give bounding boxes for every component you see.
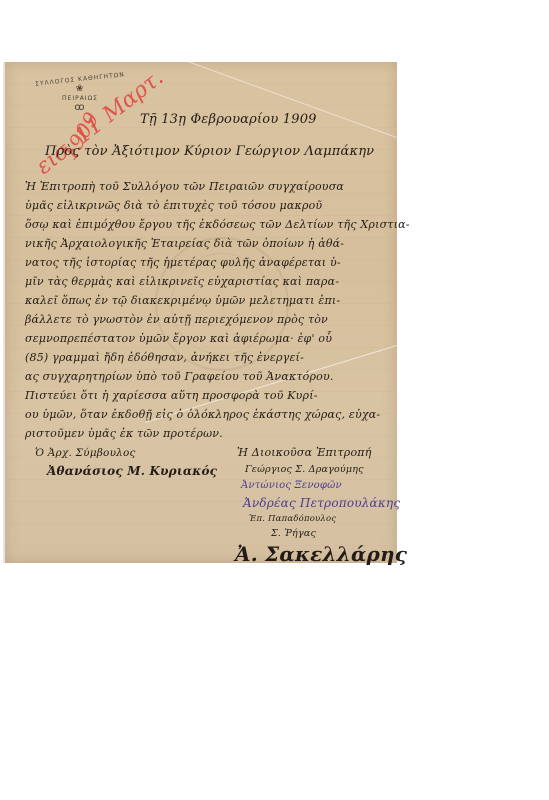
body-line: ὑμᾶς εἰλικρινῶς διὰ τὸ ἐπιτυχὲς τοῦ τόσο…	[25, 199, 322, 212]
body-line: ὅσῳ καὶ ἐπιμόχθου ἔργου τῆς ἐκδόσεως τῶν…	[25, 218, 410, 231]
body-line: μῖν τὰς θερμὰς καὶ εἰλικρινεῖς εὐχαριστί…	[25, 275, 339, 288]
committee-signature: Ἀντώνιος Ξενοφῶν	[241, 480, 342, 491]
body-line: καλεῖ ὅπως ἐν τῷ διακεκριμένῳ ὑμῶν μελετ…	[25, 294, 340, 307]
committee-signature: Ἐπ. Παπαδόπουλος	[249, 514, 336, 524]
left-signature: Ἀθανάσιος Μ. Κυριακός	[47, 464, 217, 478]
body-line: ου ὑμῶν, ὅταν ἐκδοθῇ εἰς ὁ ὁλόκληρος ἑκά…	[25, 408, 380, 421]
committee-signature: Σ. Ῥήγας	[271, 528, 316, 539]
body-line: Ἡ Ἐπιτροπὴ τοῦ Συλλόγου τῶν Πειραιῶν συγ…	[25, 180, 344, 193]
body-line: ας συγχαρητηρίων ὑπὸ τοῦ Γραφείου τοῦ Ἀν…	[25, 370, 334, 383]
left-signatory-title: Ὁ Ἀρχ. Σύμβουλος	[35, 447, 136, 459]
paper-fold-top	[185, 60, 401, 140]
body-line: (85) γραμμαὶ ἤδη ἐδόθησαν, ἀνήκει τῆς ἐν…	[25, 351, 304, 364]
letter-date: Τῇ 13ῃ Φεβρουαρίου 1909	[140, 112, 317, 127]
committee-title: Ἡ Διοικοῦσα Ἐπιτροπή	[237, 446, 371, 459]
body-line: Πιστεύει ὅτι ἡ χαρίεσσα αὕτη προσφορὰ το…	[25, 389, 318, 402]
body-line: νικῆς Ἀρχαιολογικῆς Ἑταιρείας διὰ τῶν ὁπ…	[25, 237, 344, 250]
body-line: βάλλετε τὸ γνωστὸν ἐν αὐτῇ περιεχόμενον …	[25, 313, 328, 326]
body-line: νατος τῆς ἱστορίας τῆς ἡμετέρας φυλῆς ἀν…	[25, 256, 341, 269]
final-signature: Ἀ. Σακελλάρης	[235, 542, 407, 566]
committee-signature: Γεώργιος Σ. Δραγούμης	[245, 464, 364, 475]
letter-page: ΣΥΛΛΟΓΟΣ ΚΑΘΗΓΗΤΩΝ ❀ ΠΕΙΡΑΙΩΣ ꝏ εισ. 11 …	[3, 62, 397, 563]
body-line: ριστοῦμεν ὑμᾶς ἐκ τῶν προτέρων.	[25, 427, 223, 440]
body-line: σεμνοπρεπέστατον ὑμῶν ἔργον καὶ ἀφιέρωμα…	[25, 332, 332, 345]
committee-signature-purple: Ἀνδρέας Πετροπουλάκης	[243, 496, 400, 510]
letter-salutation: Πρὸς τὸν Ἀξιότιμον Κύριον Γεώργιον Λαμπά…	[45, 144, 374, 159]
